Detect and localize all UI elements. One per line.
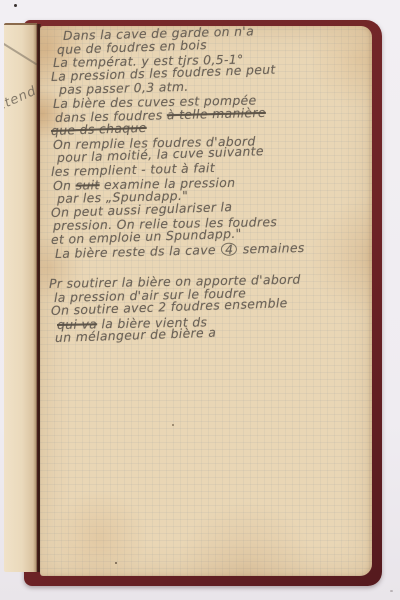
handwritten-text: Dans la cave de garde on n'aque de foudr… <box>49 29 368 345</box>
circled-number: 4 <box>221 242 238 255</box>
previous-page-pencil-stroke <box>4 43 37 65</box>
handwriting-segment: un mélangeur de bière a <box>55 325 217 345</box>
dust-speck <box>115 562 117 564</box>
previous-page-edge: ttend <box>4 23 37 572</box>
handwriting-segment: semaines <box>238 239 305 256</box>
dust-speck <box>172 424 174 426</box>
dust-speck <box>14 4 17 7</box>
previous-page-text-fragment: ttend <box>4 84 37 114</box>
dust-speck <box>390 590 393 592</box>
notebook-page: Dans la cave de garde on n'aque de foudr… <box>40 26 372 576</box>
photo-background: ttend Dans la cave de garde on n'aque de… <box>0 0 400 600</box>
